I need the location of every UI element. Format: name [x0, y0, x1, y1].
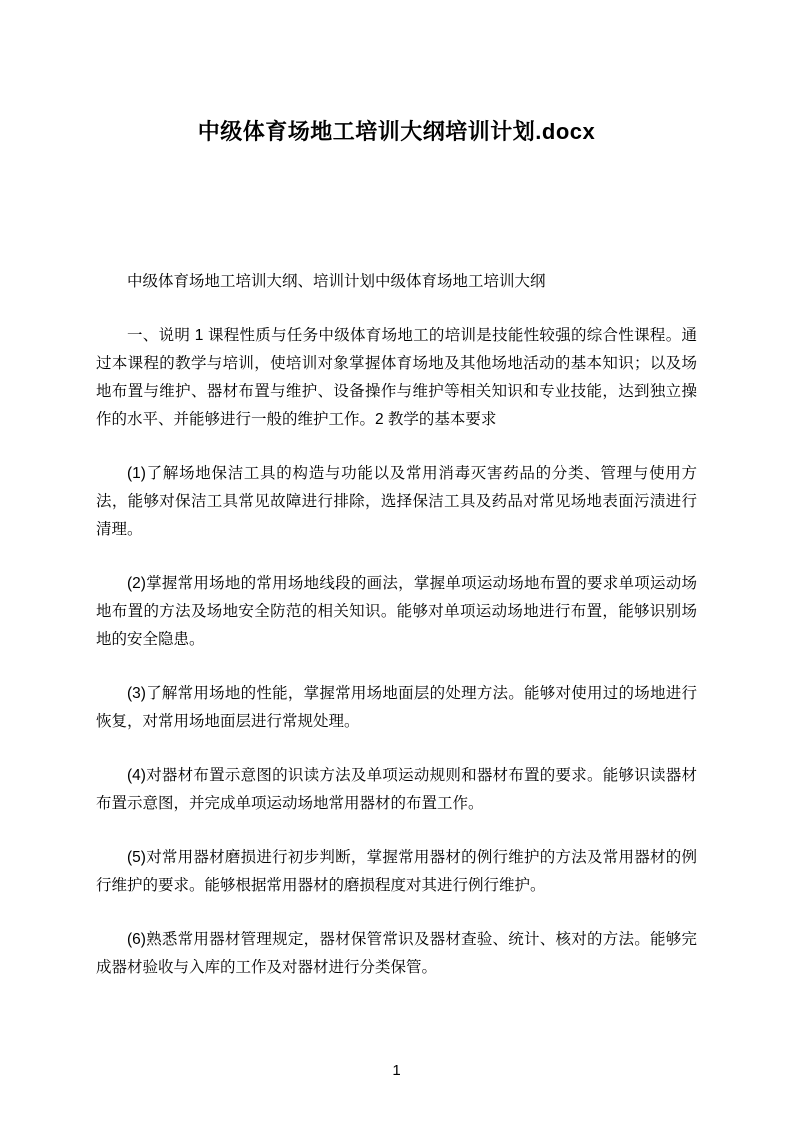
paragraph-item-2: (2)掌握常用场地的常用场地线段的画法，掌握单项运动场地布置的要求单项运动场地布…	[96, 570, 697, 654]
paragraph-item-4: (4)对器材布置示意图的识读方法及单项运动规则和器材布置的要求。能够识读器材布置…	[96, 762, 697, 818]
paragraph-item-5: (5)对常用器材磨损进行初步判断，掌握常用器材的例行维护的方法及常用器材的例行维…	[96, 844, 697, 900]
paragraph-item-1: (1)了解场地保洁工具的构造与功能以及常用消毒灭害药品的分类、管理与使用方法，能…	[96, 460, 697, 544]
paragraph-item-3: (3)了解常用场地的性能，掌握常用场地面层的处理方法。能够对使用过的场地进行恢复…	[96, 680, 697, 736]
paragraph-intro: 一、说明 1 课程性质与任务中级体育场地工的培训是技能性较强的综合性课程。通过本…	[96, 322, 697, 434]
page-number: 1	[0, 1062, 793, 1080]
document-title: 中级体育场地工培训大纲培训计划.docx	[96, 0, 697, 146]
document-page: 中级体育场地工培训大纲培训计划.docx 中级体育场地工培训大纲、培训计划中级体…	[0, 0, 793, 1122]
paragraph-subtitle: 中级体育场地工培训大纲、培训计划中级体育场地工培训大纲	[96, 268, 697, 296]
paragraph-item-6: (6)熟悉常用器材管理规定，器材保管常识及器材查验、统计、核对的方法。能够完成器…	[96, 926, 697, 982]
